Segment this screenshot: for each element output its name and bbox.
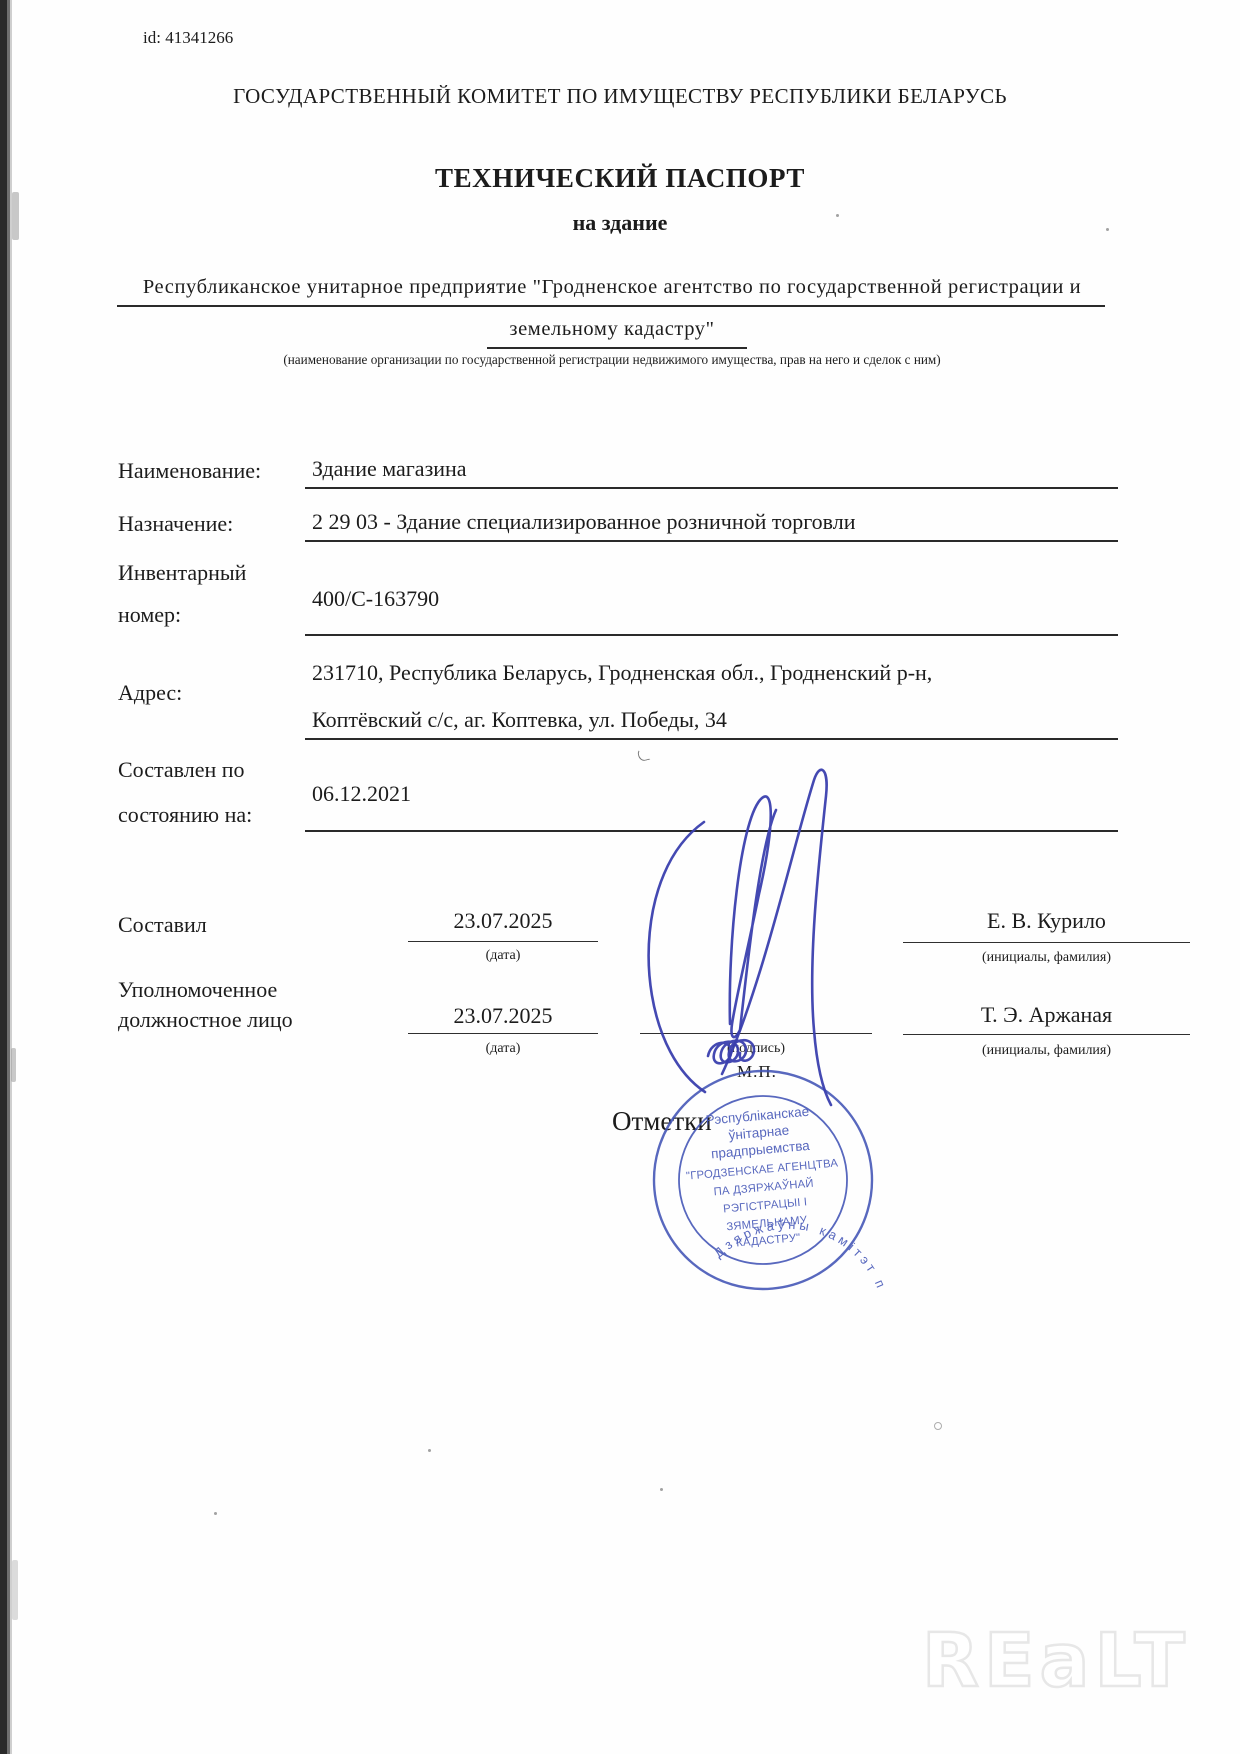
signature-stroke-loops xyxy=(730,796,776,1037)
field-value-purpose: 2 29 03 - Здание специализированное розн… xyxy=(312,509,856,535)
document-title: ТЕХНИЧЕСКИЙ ПАСПОРТ xyxy=(100,163,1140,194)
scan-smudge xyxy=(12,1560,18,1620)
field-value-address-2: Коптёвский с/с, аг. Коптевка, ул. Победы… xyxy=(312,707,727,733)
scan-edge-artifact xyxy=(0,0,12,1754)
field-label-compiled-2: состоянию на: xyxy=(118,802,252,828)
handwritten-signature xyxy=(630,762,970,1107)
scan-smudge xyxy=(11,1048,16,1082)
field-label-compiled-1: Составлен по xyxy=(118,757,245,783)
field-value-name: Здание магазина xyxy=(312,456,467,482)
sign-row2-label-1: Уполномоченное xyxy=(118,977,277,1003)
field-value-compiled-date: 06.12.2021 xyxy=(312,781,411,807)
sign-row2-label-2: должностное лицо xyxy=(118,1007,293,1033)
field-label-purpose: Назначение: xyxy=(118,511,233,537)
scan-smudge xyxy=(12,192,19,240)
field-value-inventory: 400/С-163790 xyxy=(312,586,439,612)
stamp-center-line: прадпрыемства xyxy=(710,1138,810,1162)
document-id: id: 41341266 xyxy=(143,28,233,48)
sign-row1-date: 23.07.2025 xyxy=(408,908,598,934)
stamp-center-line: ПА ДЗЯРЖАЎНАЙ xyxy=(713,1177,814,1199)
sign-row2-date-underline xyxy=(408,1033,598,1034)
stamp-center-line: "ГРОДЗЕНСКАЕ АГЕНЦТВА xyxy=(686,1157,839,1182)
org-caption: (наименование организации по государстве… xyxy=(117,352,1107,368)
scan-speck xyxy=(934,1422,942,1430)
committee-header: ГОСУДАРСТВЕННЫЙ КОМИТЕТ ПО ИМУЩЕСТВУ РЕС… xyxy=(100,84,1140,109)
sign-row2-date: 23.07.2025 xyxy=(408,1003,598,1029)
sign-row2-date-caption: (дата) xyxy=(408,1041,598,1057)
field-underline-purpose xyxy=(305,540,1118,542)
org-name-line1: Республиканское унитарное предприятие "Г… xyxy=(117,276,1107,299)
scan-mark-artifact xyxy=(637,747,651,762)
document-subtitle: на здание xyxy=(100,210,1140,236)
sign-row1-label: Составил xyxy=(118,912,207,938)
field-label-address: Адрес: xyxy=(118,680,182,706)
sign-row1-date-underline xyxy=(408,941,598,942)
field-value-address-1: 231710, Республика Беларусь, Гродненская… xyxy=(312,660,932,686)
signature-stroke-paren xyxy=(649,822,705,1092)
field-label-inventory-2: номер: xyxy=(118,602,181,628)
scanned-document-page: REaLT id: 41341266 ГОСУДАРСТВЕННЫЙ КОМИТ… xyxy=(0,0,1240,1754)
scan-speck xyxy=(214,1512,217,1515)
org-name-line2: земельному кадастру" xyxy=(117,318,1107,341)
field-label-inventory-1: Инвентарный xyxy=(118,560,246,586)
field-underline-inventory xyxy=(305,634,1118,636)
field-underline-name xyxy=(305,487,1118,489)
stamp-center-line: РЭГІСТРАЦЫІ І xyxy=(723,1196,808,1215)
scan-speck xyxy=(660,1488,663,1491)
org-underline-2 xyxy=(487,347,747,349)
realt-watermark: REaLT xyxy=(922,1618,1190,1704)
org-underline-1 xyxy=(117,305,1105,307)
sign-row1-date-caption: (дата) xyxy=(408,948,598,964)
field-label-name: Наименование: xyxy=(118,458,261,484)
field-underline-address xyxy=(305,738,1118,740)
scan-speck xyxy=(428,1449,431,1452)
